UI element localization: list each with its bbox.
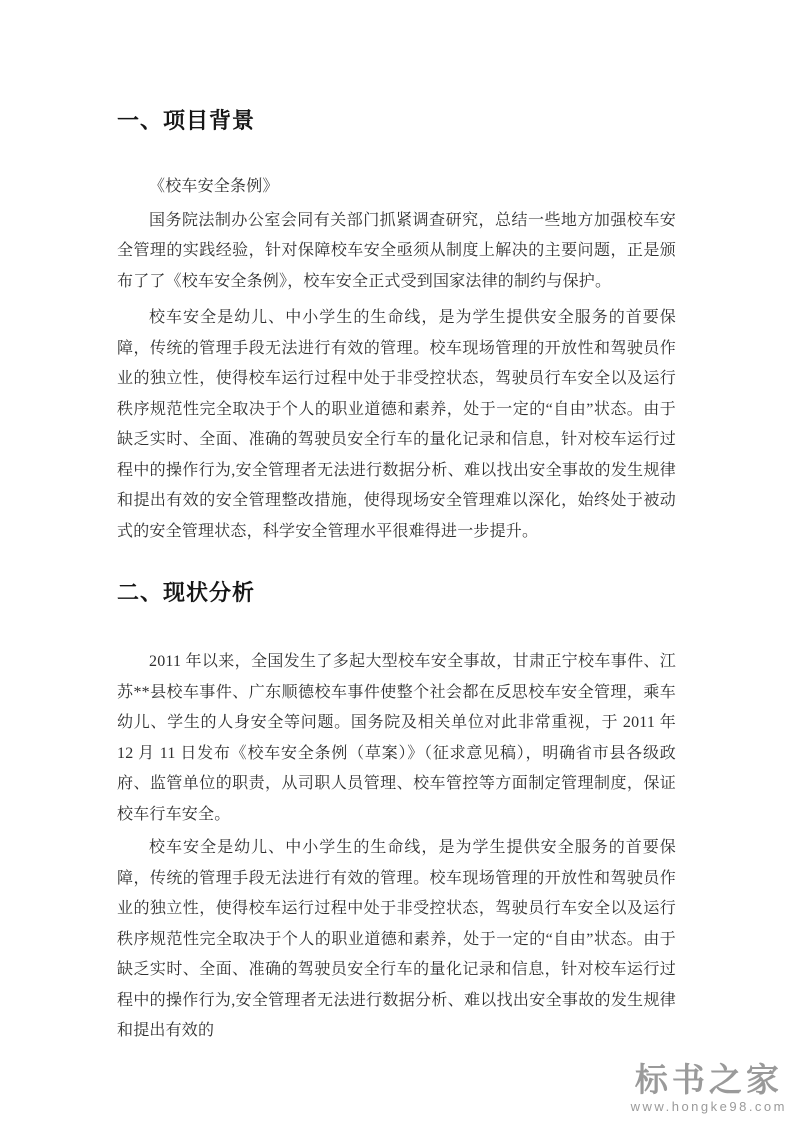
watermark-brand-logo: 标书之家 — [631, 1062, 787, 1098]
document-body: 一、项目背景 《校车安全条例》 国务院法制办公室会同有关部门抓紧调查研究，总结一… — [0, 0, 793, 1047]
watermark-url: www.hongke98.com — [631, 1099, 787, 1114]
paragraph-regulation-title: 《校车安全条例》 — [117, 172, 676, 203]
paragraph-regulation-promulgation: 国务院法制办公室会同有关部门抓紧调查研究，总结一些地方加强校车安全管理的实践经验… — [117, 206, 676, 298]
section-heading-project-background: 一、项目背景 — [117, 106, 676, 136]
watermark: 标书之家 www.hongke98.com — [631, 1062, 787, 1114]
section-heading-status-analysis: 二、现状分析 — [117, 578, 676, 608]
paragraph-safety-lifeline-2: 校车安全是幼儿、中小学生的生命线，是为学生提供安全服务的首要保障，传统的管理手段… — [117, 833, 676, 1047]
paragraph-incidents-2011: 2011 年以来，全国发生了多起大型校车安全事故，甘肃正宁校车事件、江苏**县校… — [117, 647, 676, 830]
paragraph-safety-lifeline-1: 校车安全是幼儿、中小学生的生命线，是为学生提供安全服务的首要保障，传统的管理手段… — [117, 303, 676, 547]
document-page: { "page": { "background_color": "#ffffff… — [0, 0, 793, 1122]
